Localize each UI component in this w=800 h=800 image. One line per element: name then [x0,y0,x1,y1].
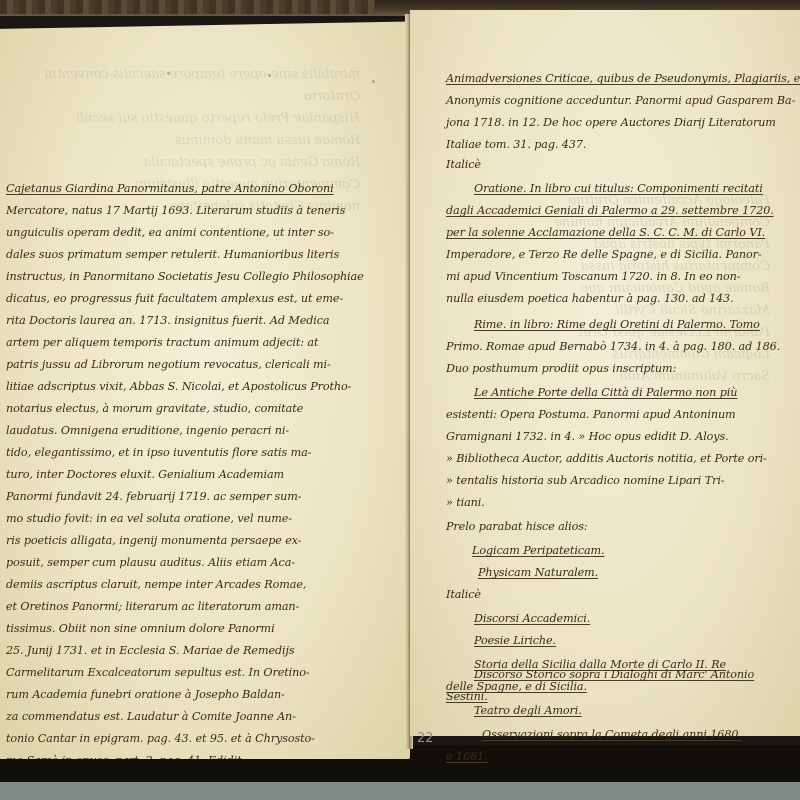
work-title: Logicam Peripateticam. [472,544,605,557]
text-line: » tiani. [446,496,485,509]
text-line: Oratione. In libro cui titulus: Componim… [474,182,763,195]
text-line: za commendatus est. Laudatur à Comite Jo… [6,710,296,723]
work-title: Discorso Storico sopra i Dialoghi di Mar… [474,668,754,681]
bleed-through-text: Paleologo Accademico Oretino Compendium … [470,190,770,388]
text-line: et Oretinos Panormi; literarum ac litera… [6,600,299,613]
page-number: 22 [417,731,434,746]
left-page: mirabilis sine opere tempore saeculis co… [0,14,410,759]
text-line: dales suos primatum semper retulerit. Hu… [6,248,339,261]
work-title: Animadversiones Criticae, quibus de Pseu… [446,72,800,85]
text-line: posuit, semper cum plausu auditus. Aliis… [6,556,295,569]
text-line: e 1681. [446,750,488,763]
text-line: Carmelitarum Excalceatorum sepultus est.… [6,666,310,679]
text-line: Sestini. [446,690,488,703]
text-line: ris poeticis alligata, ingenij monumenta… [6,534,301,547]
work-title: Discorsi Accademici. [474,612,590,625]
text-line: artem per aliquem temporis tractum animu… [6,336,318,349]
marbled-cover-edge [0,0,375,14]
text-line: nulla eiusdem poetica habentur à pag. 13… [446,292,734,305]
work-title: Poesie Liriche. [474,634,556,647]
text-line: 25. Junij 1731. et in Ecclesia S. Mariae… [6,644,295,657]
work-title: Physicam Naturalem. [478,566,598,579]
text-line: Duo posthumum prodiit opus inscriptum: [446,362,676,375]
text-line: dagli Accademici Geniali di Palermo a 29… [446,204,774,217]
work-title: Osservazioni sopra la Cometa degli anni … [482,728,742,741]
text-line: Panormi fundavit 24. februarij 1719. ac … [6,490,301,503]
text-line: Prelo parabat hisce alios: [446,520,588,533]
text-line: laudatus. Omnigena eruditione, ingenio p… [6,424,289,437]
text-line: Rime. in libro: Rime degli Oretini di Pa… [474,318,760,331]
text-line: tissimus. Obiit non sine omnium dolore P… [6,622,275,635]
scan-background-strip [0,782,800,800]
work-title: Le Antiche Porte della Città di Palermo … [474,386,737,399]
text-line: Italiae tom. 31. pag. 437. [446,138,586,151]
work-title: Teatro degli Amori. [474,704,582,717]
text-line: instructus, in Panormitano Societatis Je… [6,270,364,283]
text-line: per la solenne Acclamazione della S. C. … [446,226,765,239]
text-line: rita Doctoris laurea an. 1713. insignitu… [6,314,330,327]
text-line: Primo. Romae apud Bernabò 1734. in 4. à … [446,340,780,353]
text-line: dicatus, eo progressus fuit facultatem a… [6,292,343,305]
section-label: Italicè [446,158,481,171]
text-line: Cajetanus Giardina Panormitanus, patre A… [6,182,334,195]
foxing-spot [268,74,271,77]
foxing-spot [167,72,170,75]
right-page: Paleologo Accademico Oretino Compendium … [410,10,800,736]
text-line: Anonymis cognitione acceduntur. Panormi … [446,94,795,107]
text-line: mi apud Vincentium Toscanum 1720. in 8. … [446,270,740,283]
text-line: notarius electus, à morum gravitate, stu… [6,402,303,415]
section-label: Italicè [446,588,481,601]
text-line: Mercatore, natus 17 Martij 1693. Literar… [6,204,345,217]
text-line: patris jussu ad Librorum negotium revoca… [6,358,331,371]
text-line: tido, elegantissimo, et in ipso iuventut… [6,446,311,459]
text-line: mo studio fovit: in ea vel soluta oratio… [6,512,292,525]
text-line: turo, inter Doctores eluxit. Genialium A… [6,468,284,481]
text-line: » tentalis historia sub Arcadico nomine … [446,474,724,487]
text-line: esistenti: Opera Postuma. Panormi apud A… [446,408,736,421]
text-line: Imperadore, e Terzo Re delle Spagne, e d… [446,248,762,261]
text-line: tonio Cantar in epigram. pag. 43. et 95.… [6,732,315,745]
text-line: rum Academia funebri oratione à Josepho … [6,688,285,701]
text-line: jona 1718. in 12. De hoc opere Auctores … [446,116,776,129]
text-line: unguiculis operam dedit, ea animi conten… [6,226,334,239]
text-line: Gramignani 1732. in 4. » Hoc opus edidit… [446,430,729,443]
text-line: litiae adscriptus vixit, Abbas S. Nicola… [6,380,351,393]
foxing-spot [372,80,375,83]
text-line: demiis ascriptus claruit, nempe inter Ar… [6,578,306,591]
text-line: » Bibliotheca Auctor, additis Auctoris n… [446,452,767,465]
